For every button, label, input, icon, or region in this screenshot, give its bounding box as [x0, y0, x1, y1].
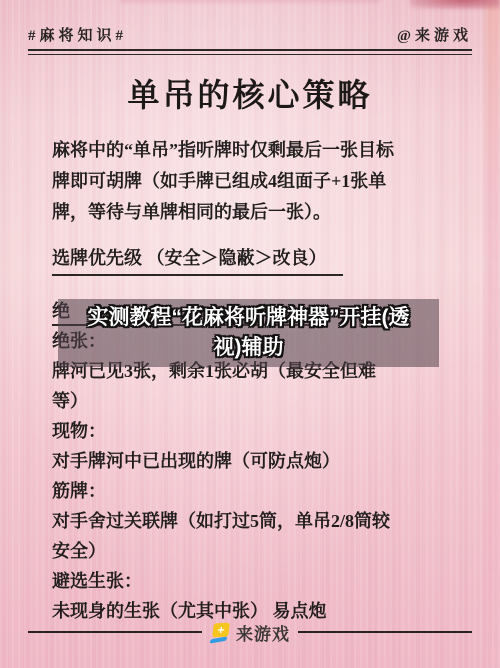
page-title: 单吊的核心策略 [0, 70, 500, 116]
item-label-bixuan: 避选生张： [52, 566, 456, 596]
intro-line: 牌，等待与单牌相同的最后一张）。 [52, 197, 456, 228]
footer: + 来游戏 [28, 620, 472, 644]
game-pad-plus-icon: + [210, 623, 232, 642]
intro-line: 麻将中的“单吊”指听牌时仅剩最后一张目标 [52, 135, 456, 166]
watermark-text: 实测教程“花麻将听牌神器”开挂(透 视)辅助 [52, 297, 445, 369]
footer-rule-left [28, 631, 202, 633]
watermark-line: 视)辅助 [214, 333, 284, 363]
watercolor-smudge-top-right [410, 0, 500, 9]
header-topic-tag: #麻将知识# [28, 24, 127, 45]
item-desc-line: 安全） [52, 536, 456, 566]
brand-name: 来游戏 [236, 620, 290, 645]
brand-logo: + 来游戏 [210, 620, 290, 645]
watercolor-smudge-top [120, 0, 380, 5]
item-label-xianwu: 现物： [52, 416, 456, 446]
header-row: #麻将知识# @来游戏 [28, 24, 472, 45]
logo-pad-shape: + [212, 622, 230, 637]
item-desc-line: 对手牌河中已出现的牌（可防点炮） [52, 446, 456, 476]
knowledge-card: #麻将知识# @来游戏 单吊的核心策略 麻将中的“单吊”指听牌时仅剩最后一张目标… [0, 0, 500, 668]
item-desc-line: 等） [52, 386, 456, 416]
header-author-handle: @来游戏 [397, 24, 472, 45]
item-label-jinpai: 筋牌： [52, 476, 456, 506]
priority-heading: 选牌优先级 （安全＞隐蔽＞改良） [52, 244, 343, 276]
header-divider [28, 49, 472, 55]
footer-rule-right [298, 631, 472, 633]
intro-line: 牌即可胡牌（如手牌已组成4组面子+1张单 [52, 166, 456, 197]
watermark-line: 实测教程“花麻将听牌神器”开挂(透 [88, 303, 410, 333]
priority-heading-text: 选牌优先级 （安全＞隐蔽＞改良） [52, 244, 343, 276]
item-desc-line: 对手舍过关联牌（如打过5筒，单吊2/8筒较 [52, 506, 456, 536]
intro-paragraph: 麻将中的“单吊”指听牌时仅剩最后一张目标 牌即可胡牌（如手牌已组成4组面子+1张… [52, 135, 456, 228]
